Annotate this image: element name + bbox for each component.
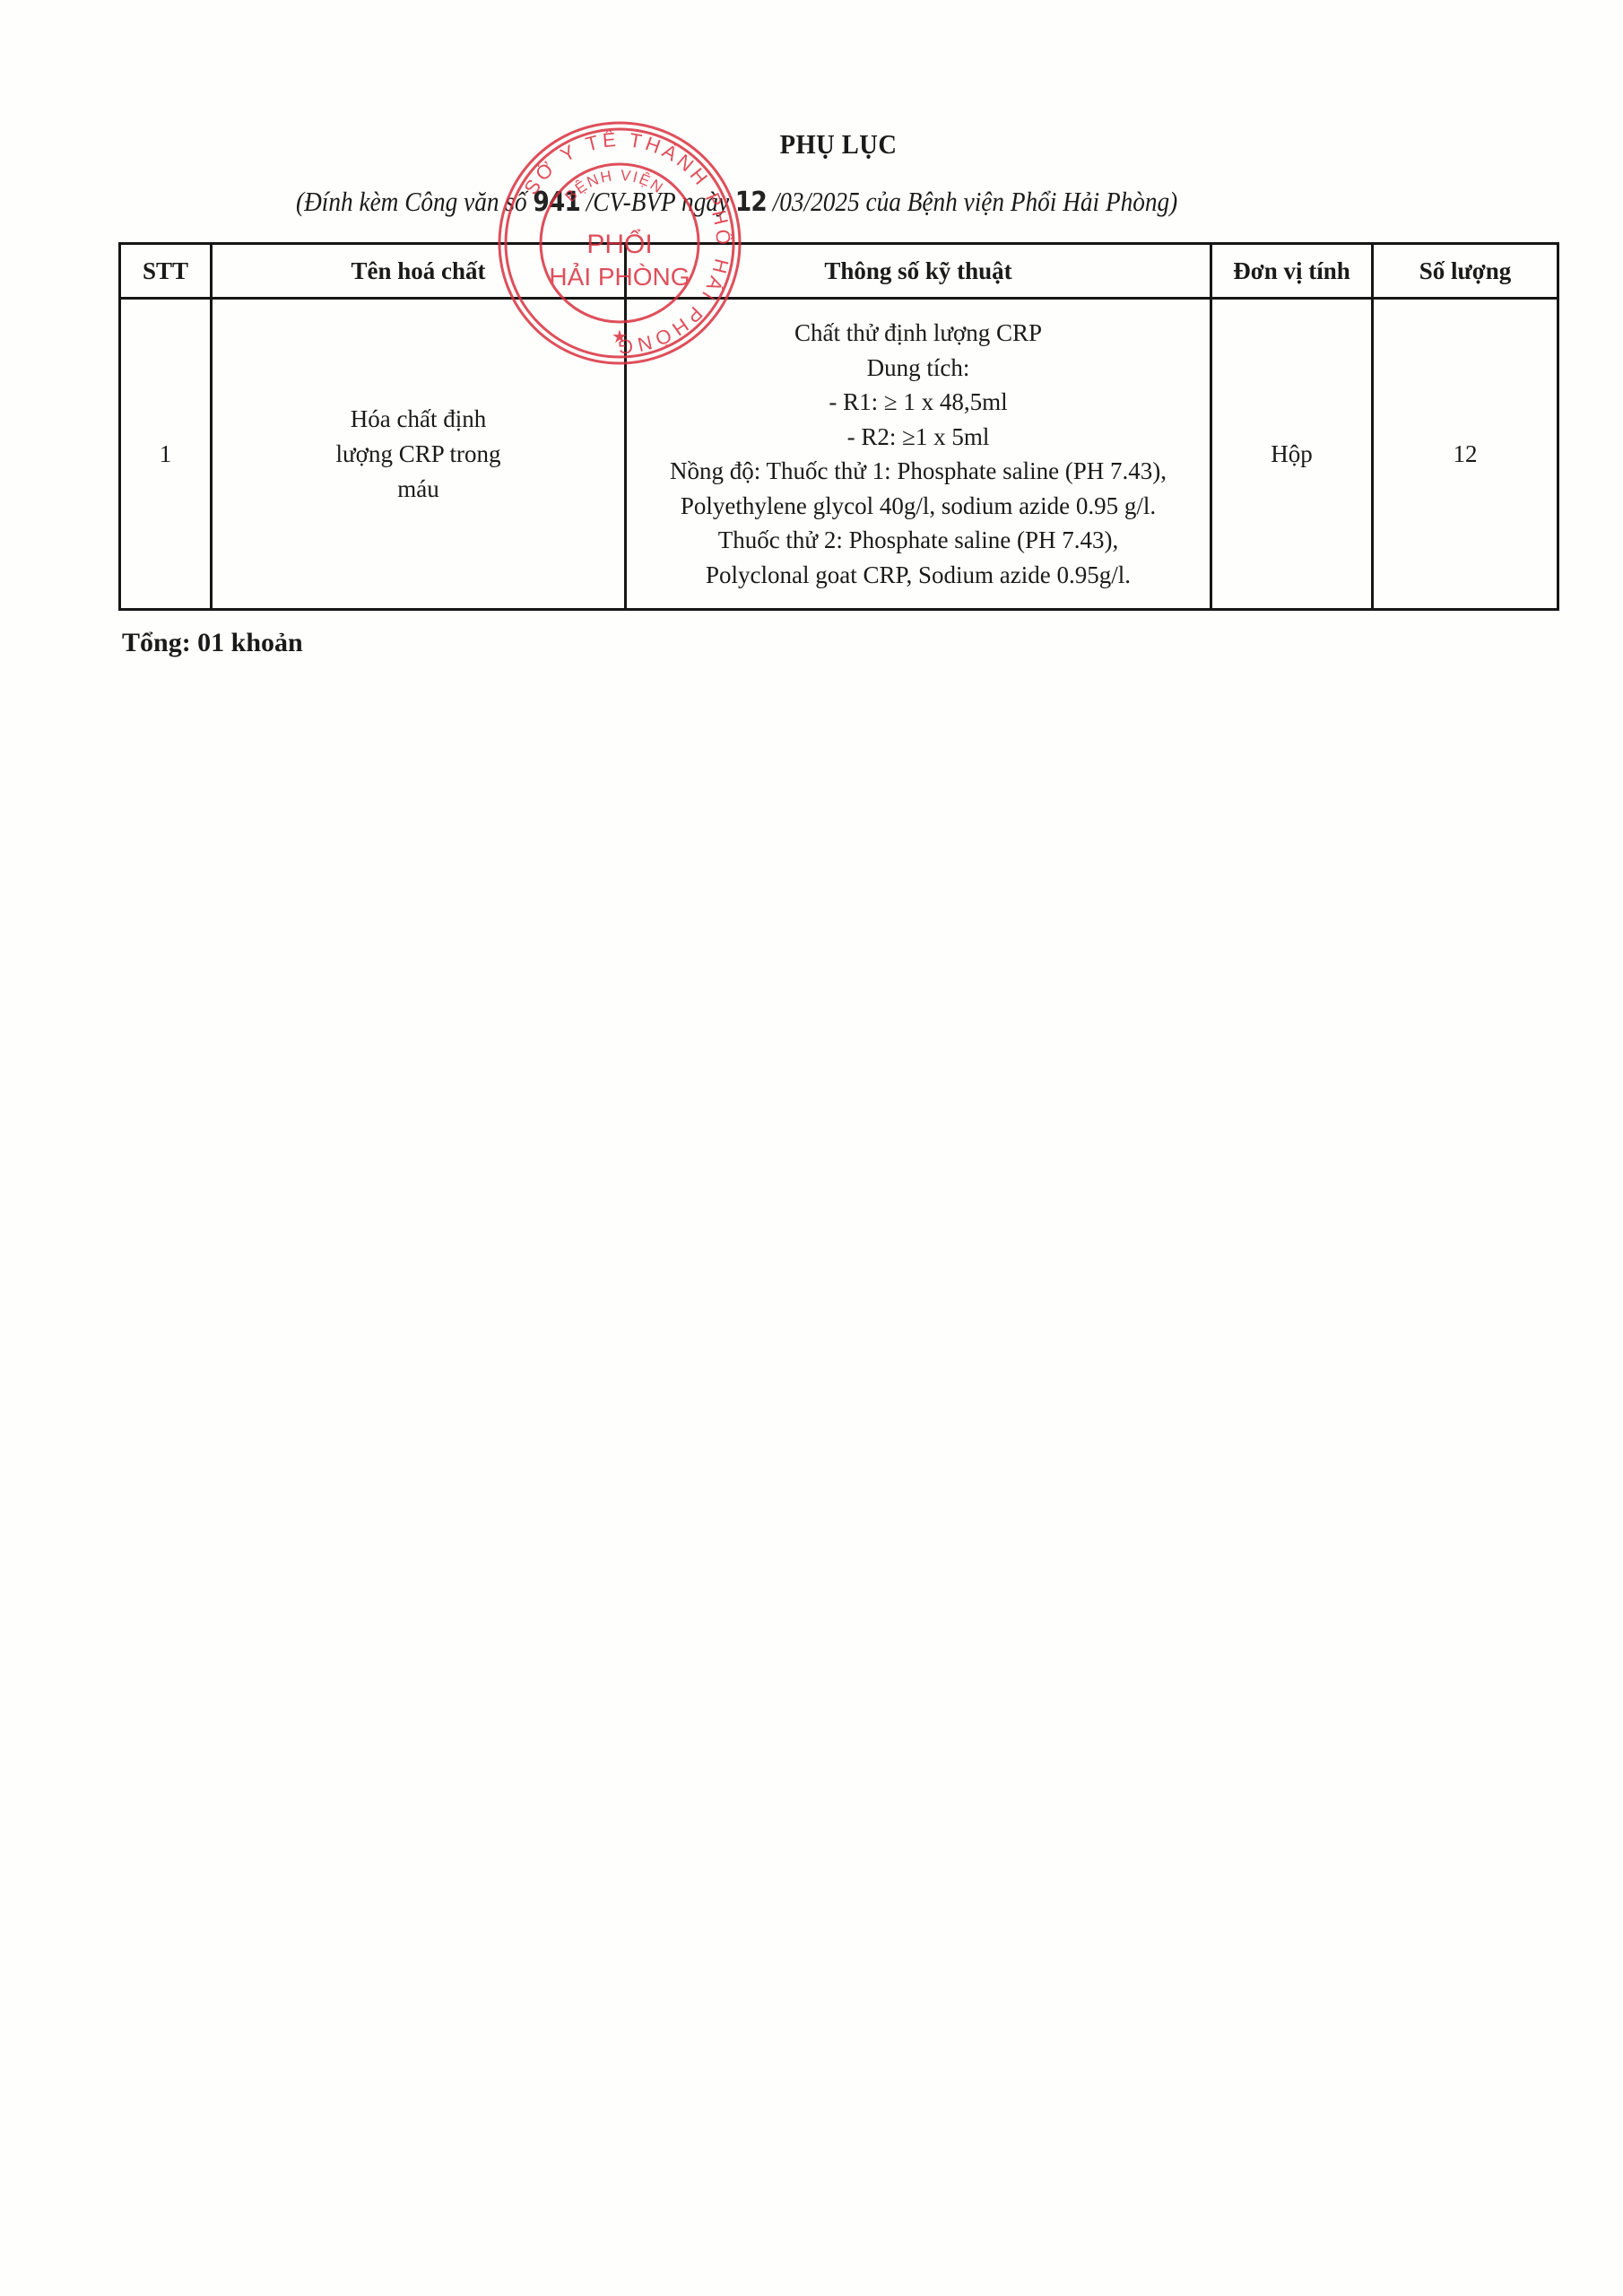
chemical-name-line: lượng CRP trong [213, 437, 624, 472]
cell-quantity: 12 [1373, 299, 1558, 610]
chemical-name-line: Hóa chất định [213, 402, 624, 437]
header-stt: STT [120, 244, 212, 299]
chemicals-table: STT Tên hoá chất Thông số kỹ thuật Đơn v… [118, 242, 1559, 611]
spec-line: - R2: ≥1 x 5ml [627, 420, 1210, 455]
attachment-reference: (Đính kèm Công văn số 941 /CV-BVP ngày 1… [296, 186, 1177, 218]
table-row: 1 Hóa chất định lượng CRP trong máu Chất… [120, 299, 1558, 610]
reference-prefix: (Đính kèm Công văn số [296, 186, 533, 217]
cell-unit: Hộp [1211, 299, 1373, 610]
spec-line: Polyethylene glycol 40g/l, sodium azide … [627, 489, 1210, 524]
header-unit: Đơn vị tính [1211, 244, 1373, 299]
header-chemical-name: Tên hoá chất [212, 244, 626, 299]
header-specifications: Thông số kỹ thuật [626, 244, 1211, 299]
cell-chemical-name: Hóa chất định lượng CRP trong máu [212, 299, 626, 610]
reference-date-rest: /03/2025 của Bệnh viện Phổi Hải Phòng) [767, 186, 1177, 217]
document-page: PHỤ LỤC (Đính kèm Công văn số 941 /CV-BV… [0, 0, 1623, 2296]
spec-line: Dung tích: [627, 351, 1210, 386]
cell-specifications: Chất thử định lượng CRP Dung tích: - R1:… [626, 299, 1211, 610]
spec-line: Nồng độ: Thuốc thử 1: Phosphate saline (… [627, 454, 1210, 489]
table-header-row: STT Tên hoá chất Thông số kỹ thuật Đơn v… [120, 244, 1558, 299]
handwritten-doc-number: 941 [533, 187, 579, 218]
spec-line: - R1: ≥ 1 x 48,5ml [627, 385, 1210, 420]
spec-line: Thuốc thử 2: Phosphate saline (PH 7.43), [627, 523, 1210, 558]
cell-stt: 1 [120, 299, 212, 610]
page-title: PHỤ LỤC [67, 128, 1610, 161]
spec-line: Chất thử định lượng CRP [627, 316, 1210, 351]
chemical-name-line: máu [213, 472, 624, 507]
spec-line: Polyclonal goat CRP, Sodium azide 0.95g/… [627, 558, 1210, 593]
reference-doc-suffix: /CV-BVP ngày [580, 186, 735, 217]
header-quantity: Số lượng [1373, 244, 1558, 299]
total-items: Tổng: 01 khoản [122, 628, 303, 658]
handwritten-day: 12 [735, 187, 767, 218]
